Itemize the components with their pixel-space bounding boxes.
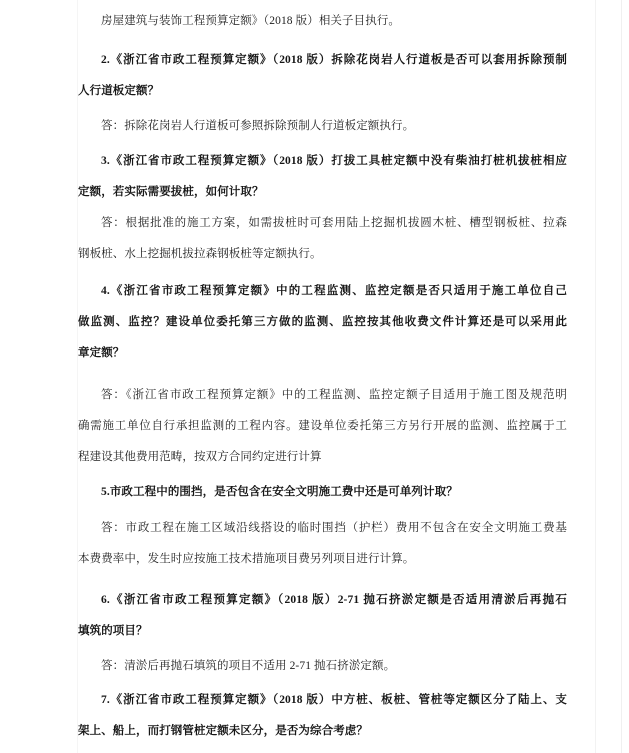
text-line: 定额，若实际需要拔桩，如何计取？ (78, 177, 567, 208)
question-paragraph: 2.《浙江省市政工程预算定额》（2018 版）拆除花岗岩人行道板是否可以套用拆除… (78, 45, 567, 107)
text-line: 房屋建筑与装饰工程预算定额》（2018 版）相关子目执行。 (78, 6, 567, 37)
text-line: 确需施工单位自行承担监测的工程内容。建设单位委托第三方另行开展的监测、监控属于工 (78, 411, 567, 442)
question-paragraph: 6.《浙江省市政工程预算定额》（2018 版）2-71 抛石挤淤定额是否适用清淤… (78, 585, 567, 647)
text-line: 架上、船上，而打钢管桩定额未区分，是否为综合考虑？ (78, 716, 567, 747)
text-line: 5.市政工程中的围挡，是否包含在安全文明施工费中还是可单列计取？ (78, 477, 567, 508)
question-paragraph: 4.《浙江省市政工程预算定额》中的工程监测、监控定额是否只适用于施工单位自己做监… (78, 276, 567, 369)
text-line: 6.《浙江省市政工程预算定额》（2018 版）2-71 抛石挤淤定额是否适用清淤… (78, 585, 567, 616)
question-paragraph: 5.市政工程中的围挡，是否包含在安全文明施工费中还是可单列计取？ (78, 477, 567, 508)
answer-paragraph: 答：根据批准的施工方案，如需拔桩时可套用陆上挖掘机拔圆木桩、槽型钢板桩、拉森钢板… (78, 208, 567, 270)
text-line: 答：根据批准的施工方案，如需拔桩时可套用陆上挖掘机拔圆木桩、槽型钢板桩、拉森 (78, 208, 567, 239)
continuation-paragraph: 房屋建筑与装饰工程预算定额》（2018 版）相关子目执行。 (78, 6, 567, 37)
text-line: 4.《浙江省市政工程预算定额》中的工程监测、监控定额是否只适用于施工单位自己 (78, 276, 567, 307)
answer-paragraph: 答：《浙江省市政工程预算定额》中的工程监测、监控定额子目适用于施工图及规范明确需… (78, 380, 567, 473)
text-line: 本费费率中，发生时应按施工技术措施项目费另列项目进行计算。 (78, 544, 567, 575)
text-line: 章定额？ (78, 338, 567, 369)
question-paragraph: 3.《浙江省市政工程预算定额》（2018 版）打拔工具桩定额中没有柴油打桩机拔桩… (78, 146, 567, 208)
answer-paragraph: 答：市政工程在施工区域沿线搭设的临时围挡（护栏）费用不包含在安全文明施工费基本费… (78, 513, 567, 575)
text-line: 答：市政工程在施工区域沿线搭设的临时围挡（护栏）费用不包含在安全文明施工费基 (78, 513, 567, 544)
text-line: 答：拆除花岗岩人行道板可参照拆除预制人行道板定额执行。 (78, 111, 567, 142)
answer-paragraph: 答：拆除花岗岩人行道板可参照拆除预制人行道板定额执行。 (78, 111, 567, 142)
text-line: 人行道板定额？ (78, 76, 567, 107)
text-line: 答：《浙江省市政工程预算定额》中的工程监测、监控定额子目适用于施工图及规范明 (78, 380, 567, 411)
text-line: 答：清淤后再抛石填筑的项目不适用 2-71 抛石挤淤定额。 (78, 651, 567, 682)
text-line: 7.《浙江省市政工程预算定额》（2018 版）中方桩、板桩、管桩等定额区分了陆上… (78, 685, 567, 716)
text-line: 程建设其他费用范畴，按双方合同约定进行计算 (78, 442, 567, 473)
document-content: 房屋建筑与装饰工程预算定额》（2018 版）相关子目执行。2.《浙江省市政工程预… (0, 0, 629, 747)
text-line: 做监测、监控？建设单位委托第三方做的监测、监控按其他收费文件计算还是可以采用此 (78, 307, 567, 338)
text-line: 钢板桩、水上挖掘机拔拉森钢板桩等定额执行。 (78, 239, 567, 270)
document-page: 房屋建筑与装饰工程预算定额》（2018 版）相关子目执行。2.《浙江省市政工程预… (0, 0, 629, 753)
text-line: 3.《浙江省市政工程预算定额》（2018 版）打拔工具桩定额中没有柴油打桩机拔桩… (78, 146, 567, 177)
text-line: 2.《浙江省市政工程预算定额》（2018 版）拆除花岗岩人行道板是否可以套用拆除… (78, 45, 567, 76)
question-paragraph: 7.《浙江省市政工程预算定额》（2018 版）中方桩、板桩、管桩等定额区分了陆上… (78, 685, 567, 747)
text-line: 填筑的项目？ (78, 616, 567, 647)
answer-paragraph: 答：清淤后再抛石填筑的项目不适用 2-71 抛石挤淤定额。 (78, 651, 567, 682)
